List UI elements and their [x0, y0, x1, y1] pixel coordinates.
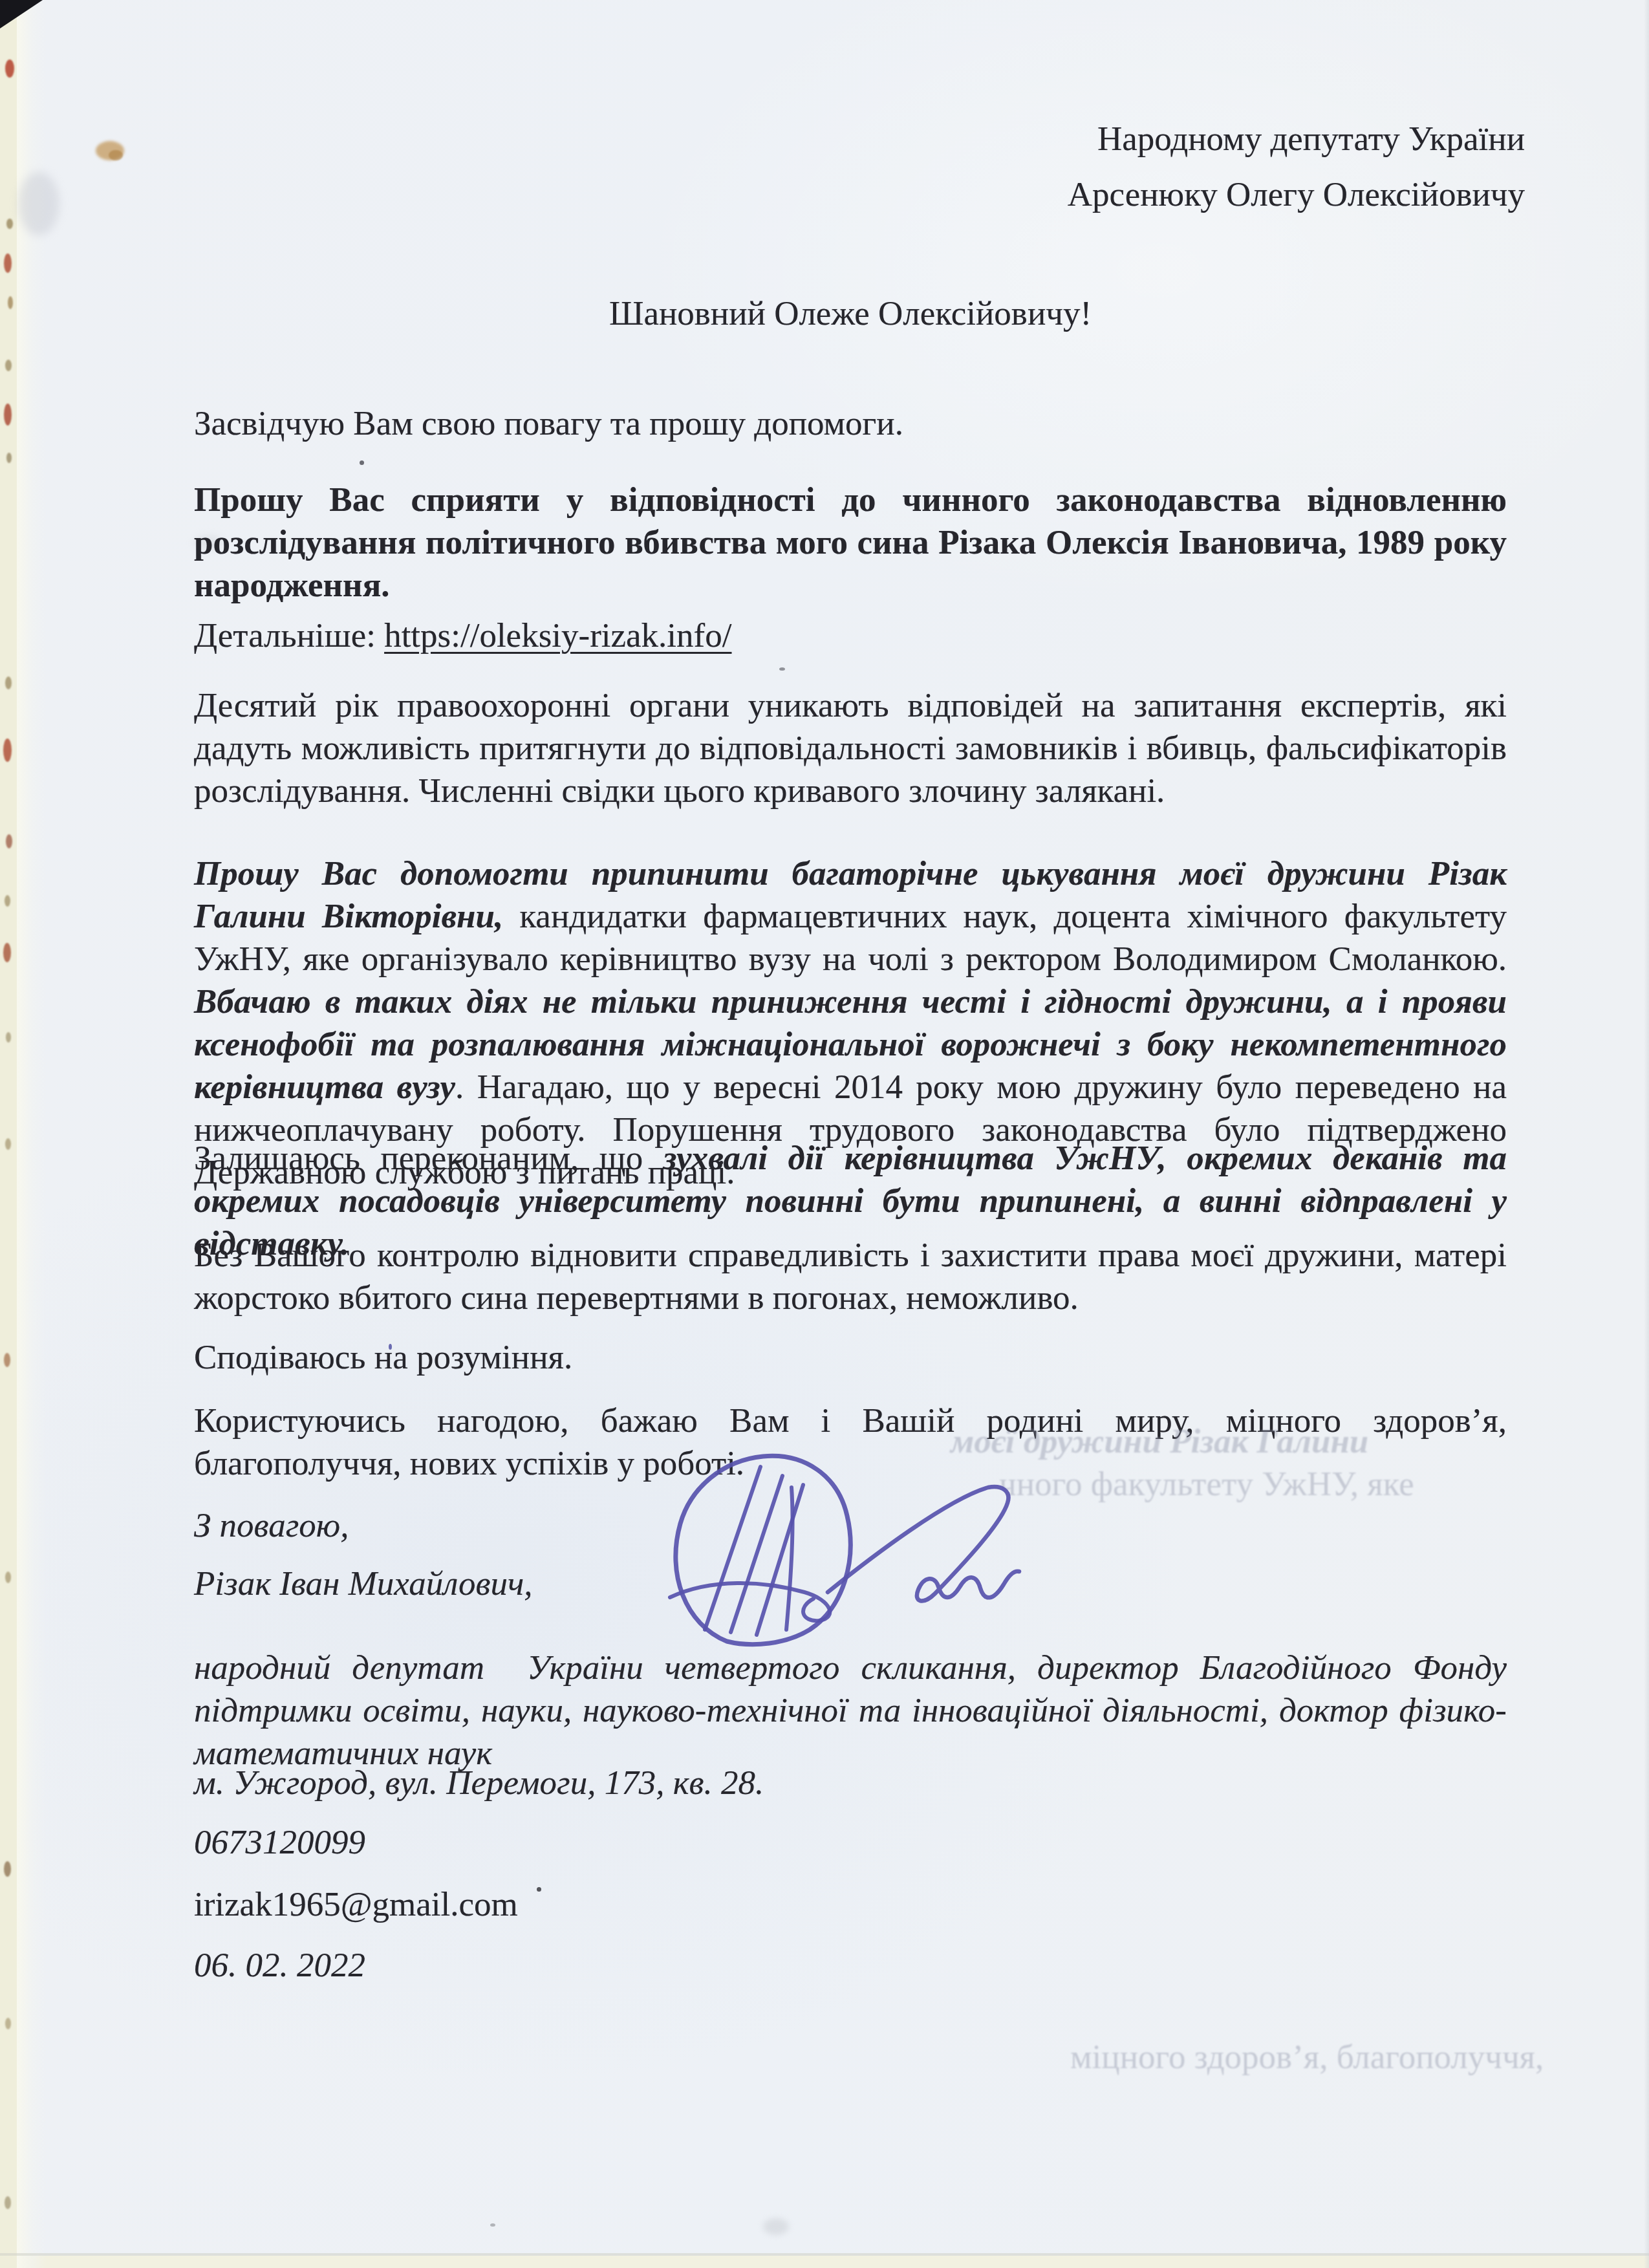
scan-speck: [4, 1353, 10, 1367]
scan-speck: [5, 2196, 11, 2209]
scan-speck: [5, 1138, 11, 1150]
scan-speck: [109, 150, 123, 160]
scan-speck: [5, 895, 10, 907]
closing-date: 06. 02. 2022: [194, 1944, 1507, 1987]
scan-speck: [8, 296, 13, 309]
scan-speck: [4, 1861, 11, 1877]
scan-speck: [4, 254, 12, 273]
scan-speck: [3, 943, 11, 962]
scan-speck: [5, 2018, 11, 2029]
scan-speck: [5, 1571, 11, 1583]
paragraph-tenth-year: Десятий рік правоохоронні органи уникают…: [194, 684, 1507, 812]
scan-speck: [6, 219, 13, 229]
paragraph-hope: Сподіваюсь на розуміння.: [194, 1336, 1507, 1379]
scan-speck: [5, 676, 12, 689]
closing-email: irizak1965@gmail.com: [194, 1883, 1507, 1926]
scan-speck: [779, 667, 785, 671]
scan-speck: [6, 1032, 11, 1042]
scan-speck: [6, 453, 12, 463]
scanned-letter-page: { "colors": { "paper": "#edf1f6", "edge_…: [0, 0, 1649, 2268]
signature-ink: [621, 1423, 1048, 1656]
paper-bottom-edge: [0, 2253, 1649, 2256]
scan-speck: [5, 59, 14, 78]
scan-speck: [5, 360, 12, 371]
paragraph-request-bold: Прошу Вас сприяти у відповідності до чин…: [194, 479, 1507, 607]
scan-edge-strip: [0, 0, 17, 2268]
recipient-line-1: Народному депутату України: [749, 118, 1525, 160]
closing-address: м. Ужгород, вул. Перемоги, 173, кв. 28.: [194, 1762, 1507, 1804]
scan-speck: [360, 460, 364, 465]
convinced-seg1: Залишаюсь переконаним, що: [194, 1139, 663, 1177]
scan-speck: [4, 404, 12, 426]
scan-speck: [3, 739, 12, 762]
scan-speck: [18, 172, 59, 235]
ghost-bleed-line: міцного здоров’я, благополуччя,: [1070, 2036, 1544, 2079]
closing-phone: 0673120099: [194, 1821, 1507, 1864]
ghost-bleed-line: чного факультету УжНУ, яке: [999, 1463, 1414, 1506]
details-label: Детальніше:: [194, 617, 384, 654]
salutation: Шановний Олеже Олексійовичу!: [194, 292, 1507, 335]
details-link[interactable]: https://oleksiy-rizak.info/: [384, 617, 731, 654]
recipient-line-2: Арсенюку Олегу Олексійовичу: [749, 173, 1525, 216]
paragraph-details: Детальніше: https://oleksiy-rizak.info/: [194, 614, 1507, 657]
scan-speck: [763, 2218, 789, 2235]
scan-corner-mark: [0, 0, 43, 28]
scan-speck: [490, 2223, 495, 2227]
paragraph-control: Без Вашого контролю відновити справедлив…: [194, 1234, 1507, 1319]
scan-edge-shadow: [17, 0, 47, 2268]
scan-speck: [6, 834, 12, 848]
closing-title: народний депутат України четвертого скли…: [194, 1647, 1507, 1775]
paragraph-respect: Засвідчую Вам свою повагу та прошу допом…: [194, 402, 1507, 445]
scan-right-shadow: [1644, 0, 1649, 2268]
